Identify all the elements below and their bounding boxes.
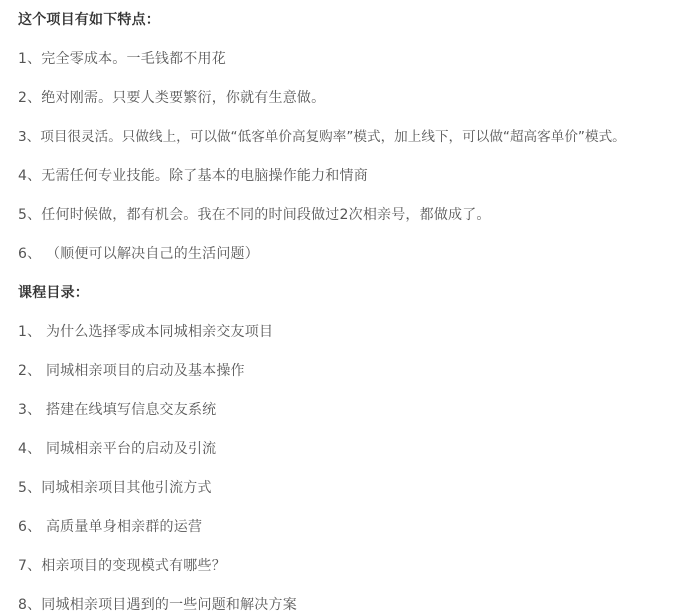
catalog-item: 8、同城相亲项目遇到的一些问题和解决方案 <box>18 595 297 611</box>
catalog-item: 6、 高质量单身相亲群的运营 <box>18 517 202 537</box>
feature-item: 2、绝对刚需。只要人类要繁衍，你就有生意做。 <box>18 88 325 108</box>
catalog-item: 5、同城相亲项目其他引流方式 <box>18 478 212 498</box>
feature-item: 4、无需任何专业技能。除了基本的电脑操作能力和情商 <box>18 166 368 186</box>
catalog-item: 4、 同城相亲平台的启动及引流 <box>18 439 216 459</box>
features-heading: 这个项目有如下特点： <box>18 10 160 30</box>
feature-item: 3、项目很灵活。只做线上，可以做“低客单价高复购率”模式，加上线下，可以做“超高… <box>18 127 626 147</box>
feature-item: 5、任何时候做，都有机会。我在不同的时间段做过2次相亲号，都做成了。 <box>18 205 491 225</box>
catalog-item: 2、 同城相亲项目的启动及基本操作 <box>18 361 245 381</box>
catalog-item: 3、 搭建在线填写信息交友系统 <box>18 400 216 420</box>
feature-item: 6、 （顺便可以解决自己的生活问题） <box>18 244 259 264</box>
catalog-item: 7、相亲项目的变现模式有哪些？ <box>18 556 226 576</box>
feature-item: 1、完全零成本。一毛钱都不用花 <box>18 49 226 69</box>
catalog-heading: 课程目录： <box>18 283 89 303</box>
catalog-item: 1、 为什么选择零成本同城相亲交友项目 <box>18 322 273 342</box>
